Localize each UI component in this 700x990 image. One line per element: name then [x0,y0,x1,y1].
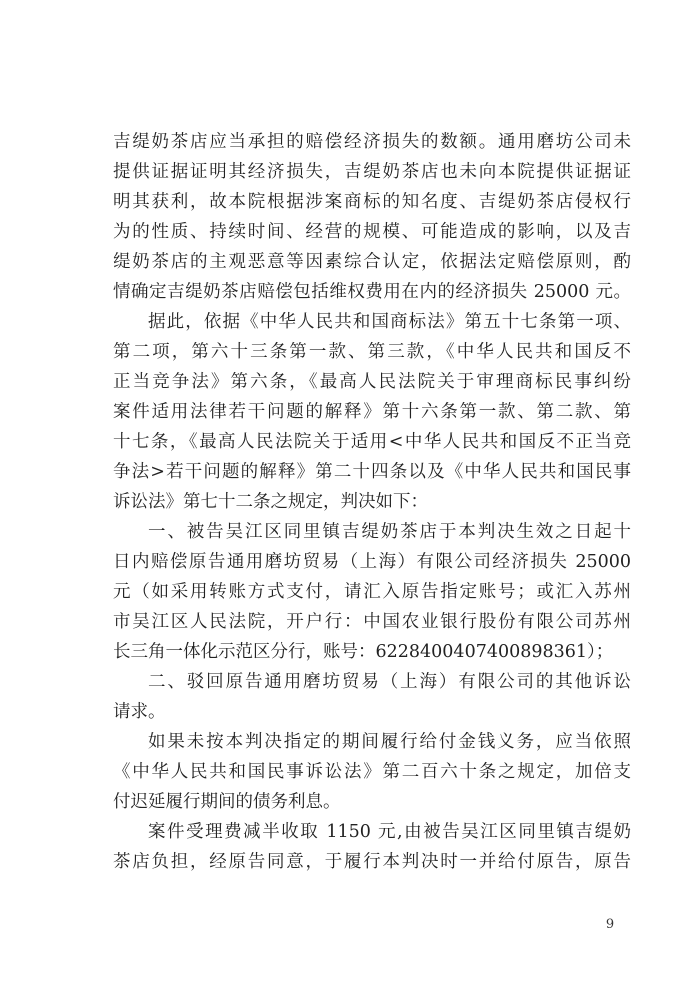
text-line: 日内赔偿原告通用磨坊贸易（上海）有限公司经济损失 25000 [113,547,631,577]
text-line: 案件受理费减半收取 1150 元,由被告吴江区同里镇吉缇奶 [113,817,631,847]
text-line: 元（如采用转账方式支付，请汇入原告指定账号；或汇入苏州 [113,577,631,607]
text-line: 《中华人民共和国民事诉讼法》第二百六十条之规定，加倍支 [113,757,631,787]
text-block: 吉缇奶茶店应当承担的赔偿经济损失的数额。通用磨坊公司未提供证据证明其经济损失，吉… [113,127,631,877]
text-line: 情确定吉缇奶茶店赔偿包括维权费用在内的经济损失 25000 元。 [113,277,631,307]
text-line: 二、驳回原告通用磨坊贸易（上海）有限公司的其他诉讼 [113,667,631,697]
text-line: 争法>若干问题的解释》第二十四条以及《中华人民共和国民事 [113,457,631,487]
text-line: 一、被告吴江区同里镇吉缇奶茶店于本判决生效之日起十 [113,517,631,547]
text-line: 请求。 [113,697,631,727]
text-line: 茶店负担，经原告同意，于履行本判决时一并给付原告，原告 [113,847,631,877]
text-line: 正当竞争法》第六条，《最高人民法院关于审理商标民事纠纷 [113,367,631,397]
text-line: 十七条，《最高人民法院关于适用<中华人民共和国反不正当竞 [113,427,631,457]
text-line: 长三角一体化示范区分行，账号：6228400407400898361）； [113,637,631,667]
page-number: 9 [600,915,620,935]
text-line: 提供证据证明其经济损失，吉缇奶茶店也未向本院提供证据证 [113,157,631,187]
text-line: 付迟延履行期间的债务利息。 [113,787,631,817]
text-line: 诉讼法》第七十二条之规定，判决如下： [113,487,631,517]
text-line: 缇奶茶店的主观恶意等因素综合认定，依据法定赔偿原则，酌 [113,247,631,277]
text-line: 据此，依据《中华人民共和国商标法》第五十七条第一项、 [113,307,631,337]
text-line: 如果未按本判决指定的期间履行给付金钱义务，应当依照 [113,727,631,757]
text-line: 第二项，第六十三条第一款、第三款，《中华人民共和国反不 [113,337,631,367]
document-page: 吉缇奶茶店应当承担的赔偿经济损失的数额。通用磨坊公司未提供证据证明其经济损失，吉… [0,0,700,990]
text-line: 吉缇奶茶店应当承担的赔偿经济损失的数额。通用磨坊公司未 [113,127,631,157]
text-line: 明其获利，故本院根据涉案商标的知名度、吉缇奶茶店侵权行 [113,187,631,217]
text-line: 市吴江区人民法院，开户行：中国农业银行股份有限公司苏州 [113,607,631,637]
text-line: 案件适用法律若干问题的解释》第十六条第一款、第二款、第 [113,397,631,427]
text-line: 为的性质、持续时间、经营的规模、可能造成的影响，以及吉 [113,217,631,247]
